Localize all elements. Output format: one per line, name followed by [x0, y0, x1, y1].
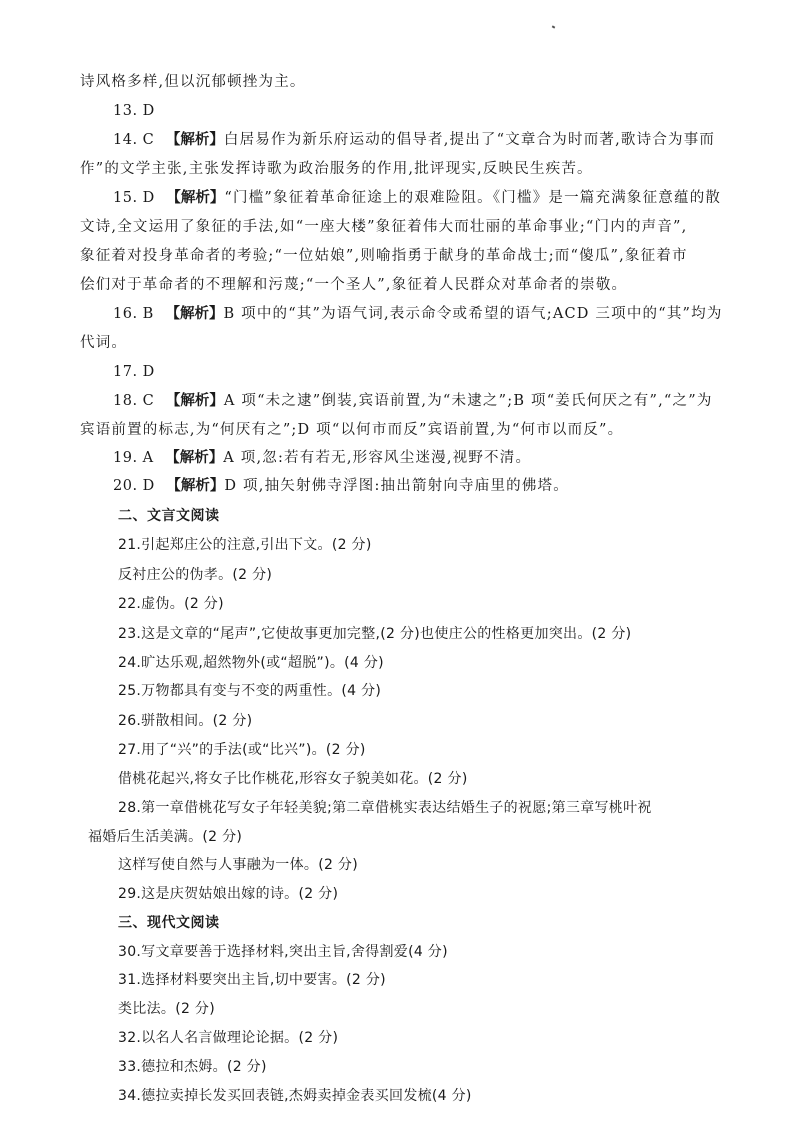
question-number: 14. C: [113, 132, 154, 148]
line-text: A 项“未之逮”倒装,宾语前置,为“未逮之”;B 项“姜氏何厌之有”,“之”为: [224, 393, 713, 409]
answer-33: 33.德拉和杰姆。(2 分): [118, 1057, 267, 1077]
answer-23: 23.这是文章的“尾声”,它使故事更加完整,(2 分)也使庄公的性格更加突出。(…: [118, 624, 631, 644]
line-text: B 项中的“其”为语气词,表示命令或希望的语气;ACD 三项中的“其”均为: [223, 306, 722, 322]
answer-27: 27.用了“兴”的手法(或“比兴”)。(2 分): [118, 740, 366, 760]
analysis-tag: 【解析】: [166, 478, 224, 494]
line-text: “门槛”象征着革命征途上的艰难险阻。《门槛》是一篇充满象征意蕴的散: [224, 190, 721, 206]
answer-29: 29.这是庆贺姑娘出嫁的诗。(2 分): [118, 884, 338, 904]
answer-15: 15. D 【解析】“门槛”象征着革命征途上的艰难险阻。《门槛》是一篇充满象征意…: [113, 188, 721, 208]
text-line: 诗风格多样,但以沉郁顿挫为主。: [80, 72, 306, 92]
line-text: 白居易作为新乐府运动的倡导者,提出了“文章合为时而著,歌诗合为事而: [224, 132, 715, 148]
answer-14: 14. C 【解析】白居易作为新乐府运动的倡导者,提出了“文章合为时而著,歌诗合…: [113, 130, 715, 150]
section-heading-modern-reading: 三、现代文阅读: [118, 913, 220, 933]
answer-31: 31.选择材料要突出主旨,切中要害。(2 分): [118, 970, 386, 990]
text-line: 文诗,全文运用了象征的手法,如“一座大楼”象征着伟大而壮丽的革命事业;“门内的声…: [80, 217, 687, 237]
question-number: 19. A: [113, 450, 154, 466]
answer-32: 32.以名人名言做理论论据。(2 分): [118, 1028, 338, 1048]
answer-31-b: 类比法。(2 分): [118, 999, 215, 1019]
answer-27-b: 借桃花起兴,将女子比作桃花,形容女子貌美如花。(2 分): [118, 769, 468, 789]
line-text: 文诗,全文运用了象征的手法,如“一座大楼”象征着伟大而壮丽的革命事业;“门内的声…: [80, 219, 687, 235]
text-line: 侩们对于革命者的不理解和污蔑;“一个圣人”,象征着人民群众对革命者的崇敬。: [80, 275, 627, 295]
line-text: D 项,抽矢射佛寺浮图:抽出箭射向寺庙里的佛塔。: [224, 478, 569, 494]
question-number: 15. D: [113, 190, 155, 206]
text-line: 代词。: [80, 333, 127, 353]
question-number: 16. B: [113, 306, 154, 322]
line-text: A 项,忽:若有若无,形容风尘迷漫,视野不清。: [223, 450, 531, 466]
question-number: 18. C: [113, 393, 154, 409]
line-text: 代词。: [80, 335, 127, 351]
answer-21-b: 反衬庄公的伪孝。(2 分): [118, 565, 272, 585]
text-line: 宾语前置的标志,为“何厌有之”;D 项“以何市而反”宾语前置,为“何市以而反”。: [80, 420, 623, 440]
answer-25: 25.万物都具有变与不变的两重性。(4 分): [118, 681, 381, 701]
scan-mark: [552, 25, 556, 28]
text-line: 象征着对投身革命者的考验;“一位姑娘”,则喻指勇于献身的革命战士;而“傻瓜”,象…: [80, 246, 688, 266]
answer-21: 21.引起郑庄公的注意,引出下文。(2 分): [118, 535, 372, 555]
answer-24: 24.旷达乐观,超然物外(或“超脱”)。(4 分): [118, 653, 384, 673]
text-line: 作”的文学主张,主张发挥诗歌为政治服务的作用,批评现实,反映民生疾苦。: [80, 159, 593, 179]
answer-key-page: 诗风格多样,但以沉郁顿挫为主。 13. D 14. C 【解析】白居易作为新乐府…: [0, 0, 800, 1145]
answer-28-cont: 福婚后生活美满。(2 分): [88, 827, 242, 847]
section-heading-classical-reading: 二、文言文阅读: [118, 506, 220, 526]
answer-20: 20. D 【解析】D 项,抽矢射佛寺浮图:抽出箭射向寺庙里的佛塔。: [113, 476, 569, 496]
answer-22: 22.虚伪。(2 分): [118, 594, 224, 614]
answer-30: 30.写文章要善于选择材料,突出主旨,舍得割爱(4 分): [118, 942, 448, 962]
answer-19: 19. A 【解析】A 项,忽:若有若无,形容风尘迷漫,视野不清。: [113, 448, 531, 468]
answer-17: 17. D: [113, 362, 155, 382]
question-number: 17. D: [113, 364, 155, 380]
line-text: 宾语前置的标志,为“何厌有之”;D 项“以何市而反”宾语前置,为“何市以而反”。: [80, 422, 623, 438]
analysis-tag: 【解析】: [166, 393, 224, 409]
answer-28: 28.第一章借桃花写女子年轻美貌;第二章借桃实表达结婚生子的祝愿;第三章写桃叶祝: [118, 798, 652, 818]
line-text: 诗风格多样,但以沉郁顿挫为主。: [80, 74, 306, 90]
answer-34: 34.德拉卖掉长发买回表链,杰姆卖掉金表买回发梳(4 分): [118, 1086, 472, 1106]
analysis-tag: 【解析】: [165, 450, 223, 466]
analysis-tag: 【解析】: [166, 132, 224, 148]
question-number: 13. D: [113, 103, 155, 119]
line-text: 象征着对投身革命者的考验;“一位姑娘”,则喻指勇于献身的革命战士;而“傻瓜”,象…: [80, 248, 688, 264]
answer-13: 13. D: [113, 101, 155, 121]
line-text: 作”的文学主张,主张发挥诗歌为政治服务的作用,批评现实,反映民生疾苦。: [80, 161, 593, 177]
analysis-tag: 【解析】: [165, 306, 223, 322]
line-text: 侩们对于革命者的不理解和污蔑;“一个圣人”,象征着人民群众对革命者的崇敬。: [80, 277, 627, 293]
question-number: 20. D: [113, 478, 155, 494]
answer-26: 26.骈散相间。(2 分): [118, 711, 252, 731]
answer-16: 16. B 【解析】B 项中的“其”为语气词,表示命令或希望的语气;ACD 三项…: [113, 304, 723, 324]
analysis-tag: 【解析】: [166, 190, 224, 206]
answer-18: 18. C 【解析】A 项“未之逮”倒装,宾语前置,为“未逮之”;B 项“姜氏何…: [113, 391, 713, 411]
answer-28-b: 这样写使自然与人事融为一体。(2 分): [118, 855, 358, 875]
